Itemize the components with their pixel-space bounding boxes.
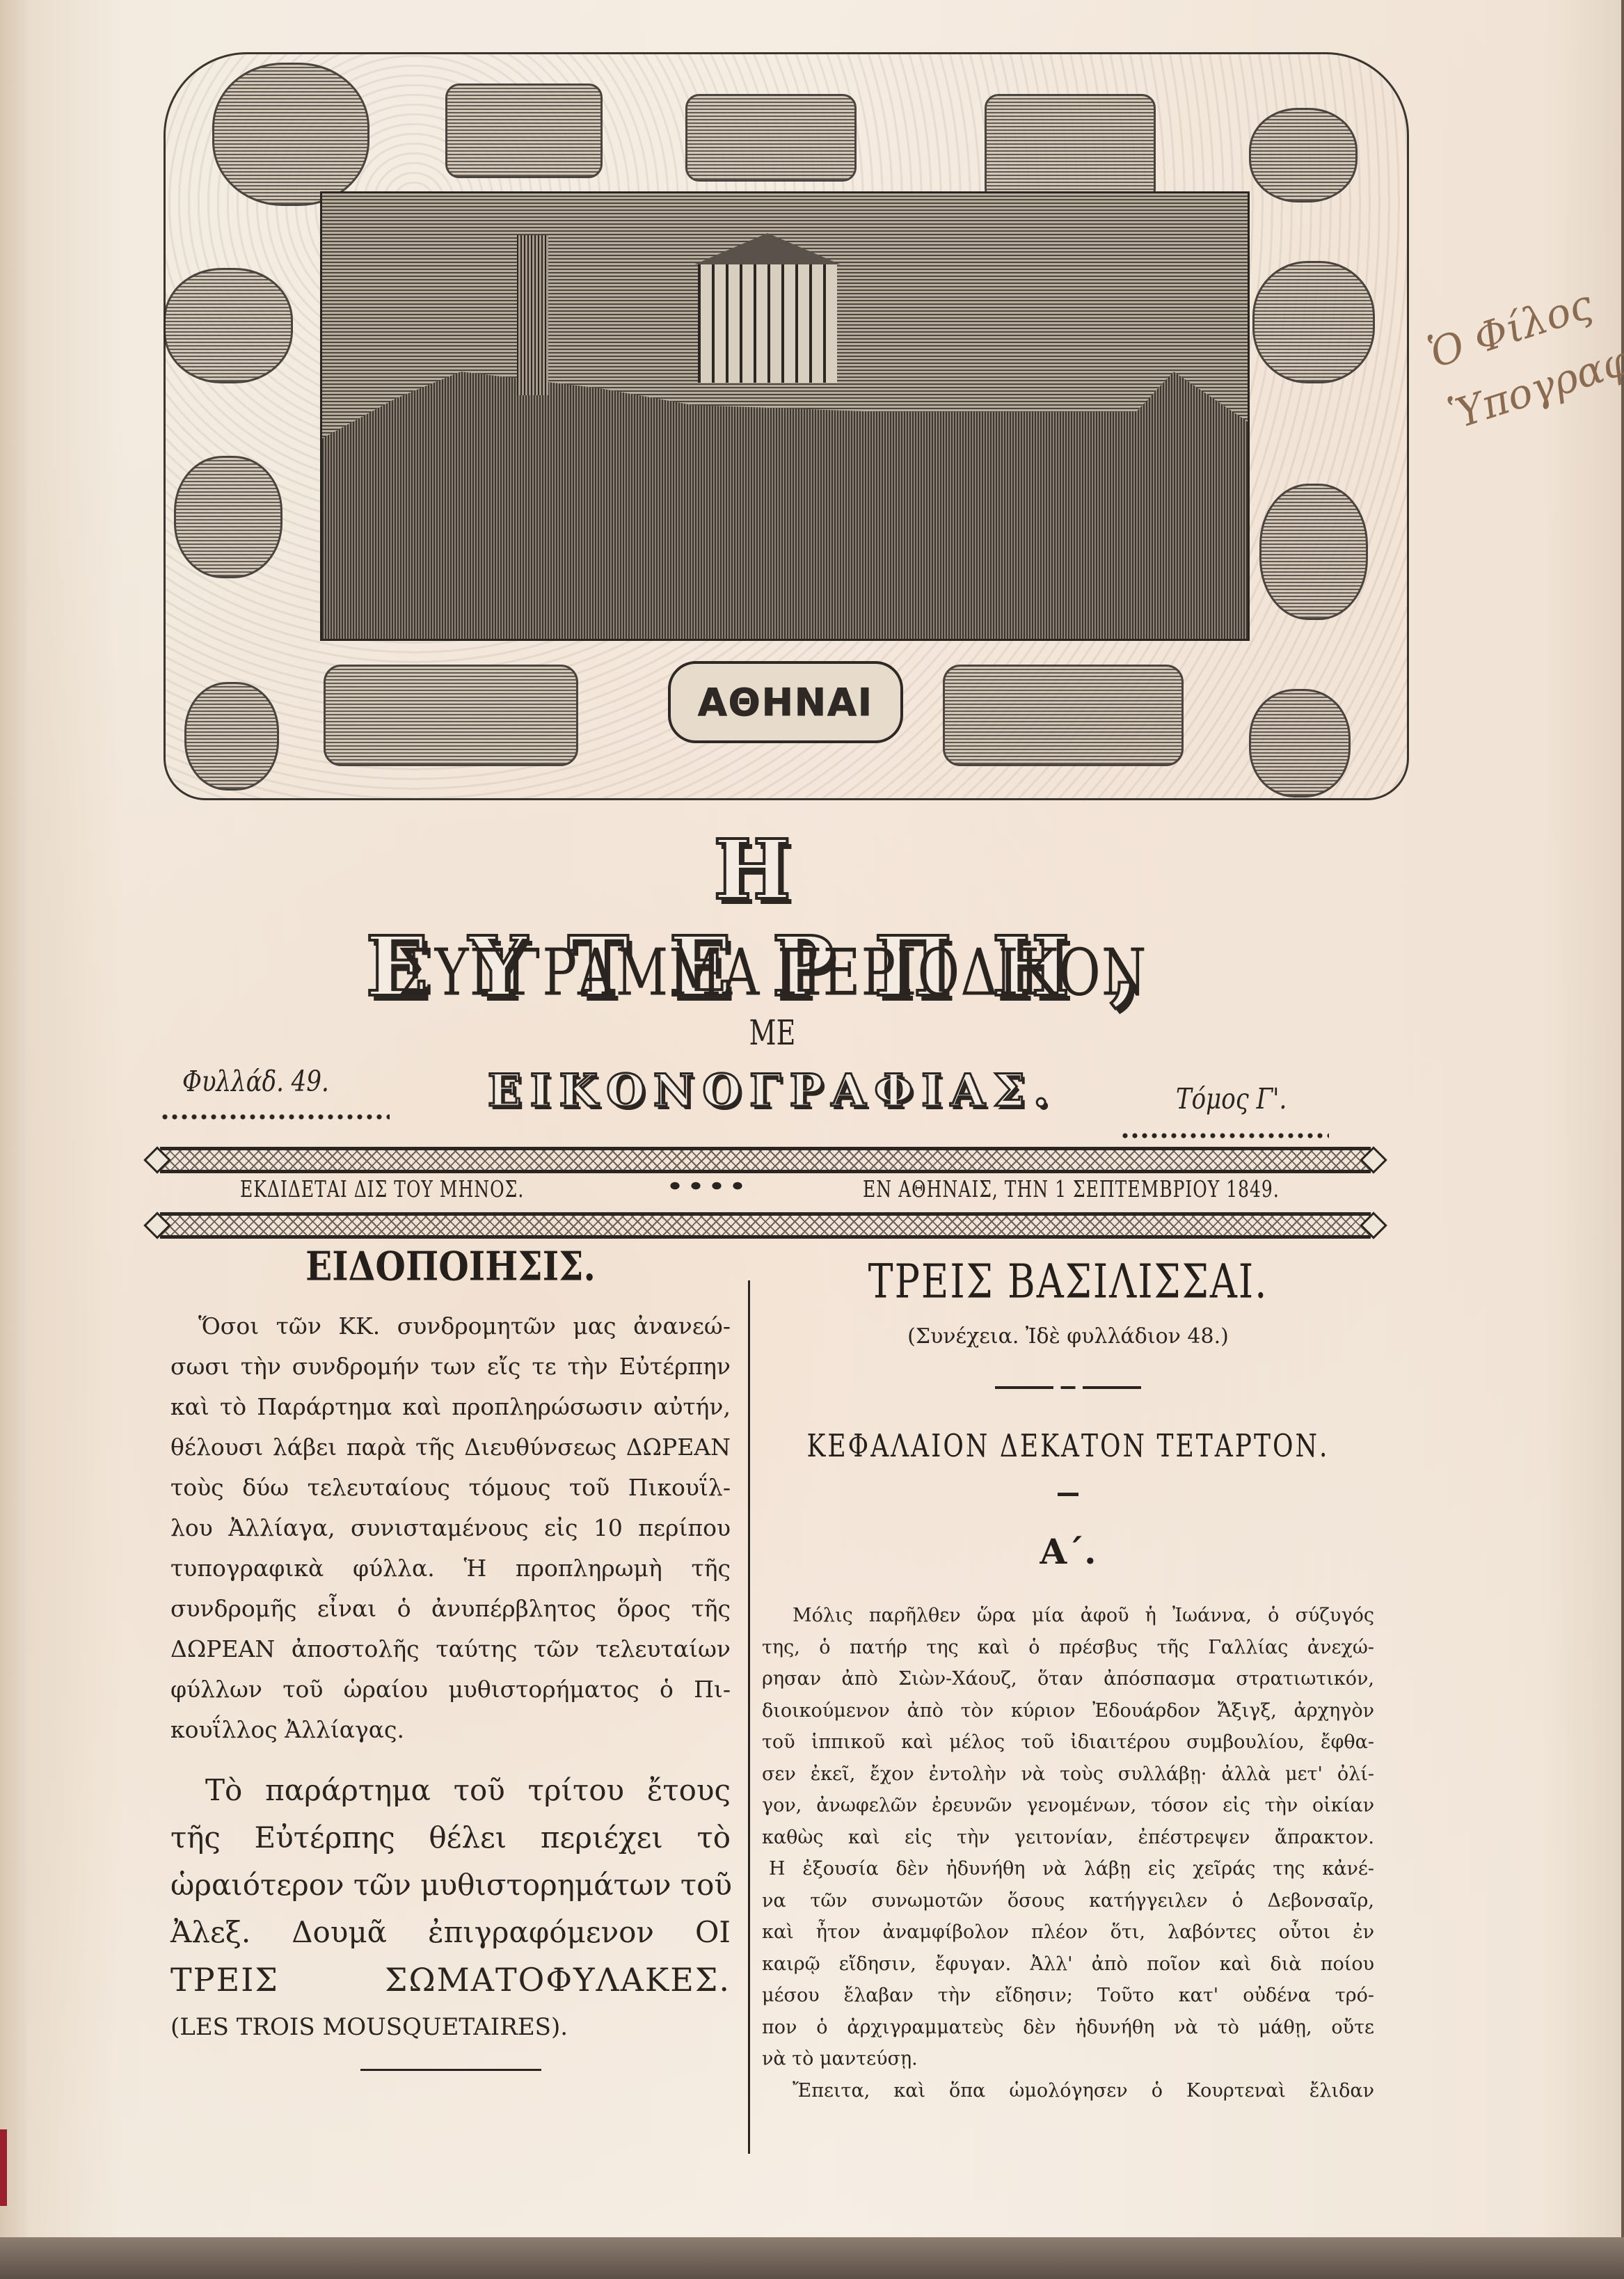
text-line: της, ὁ πατήρ της καὶ ὁ πρέσβυς τῆς Γαλλί… [762,1632,1374,1664]
table-surface-shadow [0,2237,1624,2279]
section-marker: Α΄. [762,1531,1374,1572]
text-line: πον ὁ ἀρχιγραμματεὺς δὲν ἠδυνήθη νὰ τὸ μ… [762,2012,1374,2044]
notice-paragraph-1: Ὅσοι τῶν ΚΚ. συνδρομητῶν μας ἀνανεώ- σωσ… [170,1306,731,1750]
text-line: καιρῷ εἴδησιν, ἔφυγαν. Ἀλλ' ἀπὸ ποῖον κα… [762,1948,1374,1980]
text-line: τυπογραφικὰ φύλλα. Ἡ προπληρωμὴ τῆς [170,1548,731,1589]
decorative-rule-bottom [160,1212,1371,1239]
text-line: νὰ τὸ μαντεύσῃ. [762,2043,1374,2075]
dateline-ornament [664,1177,748,1194]
text-line: να τῶν συνωμοτῶν ὅσους κατήγγειλεν ὁ Δεβ… [762,1885,1374,1917]
acropolis-scene [320,191,1406,637]
vignette-top-4 [985,94,1156,203]
chapter-title: ΚΕΦΑΛΑΙΟΝ ΔΕΚΑΤΟΝ ΤΕΤΑΡΤΟΝ. [762,1429,1374,1464]
text-line: γον, ἀνωφελῶν ἐρευνῶν γενομένων, τόσον ε… [762,1790,1374,1822]
story-text: Μόλις παρῆλθεν ὥρα μία ἀφοῦ ἡ Ἰωάννα, ὁ … [762,1600,1374,2106]
chapter-dash [1058,1493,1078,1496]
column-divider [748,1280,750,2154]
volume-number: Τόμος Γ'. [1176,1083,1287,1116]
dotted-ornament-right [1120,1132,1329,1139]
text-line: διοικούμενον ἀπὸ τὸν κύριον Ἐδουάρδον Ἄξ… [762,1695,1374,1727]
text-line: τῆς Εὐτέρπης θέλει περιέχει τὸ [170,1814,731,1861]
vignette-top-5 [1249,108,1358,203]
frequency-line: ΕΚΔΙΔΕΤΑΙ ΔΙΣ ΤΟΥ ΜΗΝΟΣ. [240,1176,524,1202]
text-line: Ἔπειτα, καὶ ὅπα ὡμολόγησεν ὁ Κουρτεναὶ ἔ… [762,2075,1374,2107]
text-line: σεν ἐκεῖ, ἔχον ἐντολὴν νὰ τοὺς συλλάβῃ· … [762,1758,1374,1790]
text-line: φύλλων τοῦ ὡραίου μυθιστορήματος ὁ Πι- [170,1669,731,1710]
text-line: Ἀλεξ. Δουμᾶ ἐπιγραφόμενον ΟΙ [170,1909,731,1956]
vignette-top-3 [685,94,857,182]
vignette-bottom-4 [1249,689,1351,797]
text-line: ρησαν ἀπὸ Σιὼν-Χάουζ, ὅταν ἀπόσπασμα στρ… [762,1663,1374,1695]
text-line: σωσι τὴν συνδρομήν των εἴς τε τὴν Εὐτέρπ… [170,1347,731,1387]
notice-heading: ΕΙΔΟΠΟΙΗΣΙΣ. [170,1243,731,1290]
text-line: συνδρομῆς εἶναι ὁ ἀνυπέρβλητος ὅρος τῆς [170,1589,731,1629]
story-column: ΤΡΕΙΣ ΒΑΣΙΛΙΣΣΑΙ. (Συνέχεια. Ἰδὲ φυλλάδι… [762,1253,1374,2106]
text-line: Τὸ παράρτημα τοῦ τρίτου ἔτους [170,1767,731,1814]
decorative-rule-top [160,1147,1371,1173]
text-line: θέλουσι λάβει παρὰ τῆς Διευθύνσεως ΔΩΡΕΑ… [170,1427,731,1468]
issue-number: Φυλλάδ. 49. [182,1065,329,1099]
section-end-rule [360,2069,541,2071]
ornamental-divider [995,1386,1141,1389]
date-line: ΕΝ ΑΘΗΝΑΙΣ, ΤΗΝ 1 ΣΕΠΤΕΜΒΡΙΟΥ 1849. [863,1176,1280,1202]
parthenon-temple [698,263,837,383]
notice-paragraph-2: Τὸ παράρτημα τοῦ τρίτου ἔτους τῆς Εὐτέρπ… [170,1767,731,2051]
story-title: ΤΡΕΙΣ ΒΑΣΙΛΙΣΣΑΙ. [762,1254,1374,1309]
story-continuation-note: (Συνέχεια. Ἰδὲ φυλλάδιον 48.) [762,1324,1374,1349]
dotted-ornament-left [160,1113,390,1120]
vignette-bottom-2 [324,665,578,766]
text-line: καὶ τὸ Παράρτημα καὶ προπληρώσωσιν αὐτήν… [170,1387,731,1427]
text-line: (LES TROIS MOUSQUETAIRES). [170,2003,731,2051]
vignette-top-1 [212,63,369,206]
red-binding-tab [0,2129,7,2206]
athens-engraving: ΑΘΗΝΑΙ [164,52,1409,800]
text-line: Μόλις παρῆλθεν ὥρα μία ἀφοῦ ἡ Ἰωάννα, ὁ … [762,1600,1374,1632]
vignette-top-2 [445,84,603,178]
text-line: λου Ἀλλίαγα, συνισταμένους εἰς 10 περίπο… [170,1508,731,1548]
text-line: τοῦ ἱππικοῦ καὶ μέλος τοῦ ἰδιαιτέρου συμ… [762,1726,1374,1758]
text-line: ὡραιότερον τῶν μυθιστορημάτων τοῦ [170,1861,731,1909]
frankish-tower [517,235,548,395]
text-line: Ὅσοι τῶν ΚΚ. συνδρομητῶν μας ἀνανεώ- [170,1306,731,1347]
vignette-left-2 [174,456,282,578]
text-line: ΤΡΕΙΣ ΣΩΜΑΤΟΦΥΛΑΚΕΣ. [170,1956,731,2003]
athens-label: ΑΘΗΝΑΙ [698,681,873,724]
vignette-left-1 [164,268,293,383]
vignette-bottom-1 [184,682,279,791]
subtitle-connector: ΜΕ [327,1013,1218,1052]
text-line: ΔΩΡΕΑΝ ἀποστολῆς ταύτης τῶν τελευταίων [170,1629,731,1669]
text-line: Η ἐξουσία δὲν ἠδυνήθη νὰ λάβῃ εἰς χεῖράς… [762,1853,1374,1885]
text-line: κουΐλλος Ἀλλίαγας. [170,1710,731,1750]
vignette-bottom-3 [943,665,1184,766]
text-line: καὶ ἦτον ἀναμφίβολον πλέον ὅτι, λαβόντες… [762,1916,1374,1948]
acropolis-illustration [320,191,1250,641]
publication-subtitle-2: ΕΙΚΟΝΟΓΡΑΦΙΑΣ. [348,1065,1197,1117]
text-line: τοὺς δύω τελευταίους τόμους τοῦ Πικουΐλ- [170,1468,731,1508]
text-line: μέσου ἔλαβαν τὴν εἴδησιν; Τοῦτο κατ' οὐδ… [762,1980,1374,2012]
notice-column: ΕΙΔΟΠΟΙΗΣΙΣ. Ὅσοι τῶν ΚΚ. συνδρομητῶν μα… [170,1246,731,2071]
publication-subtitle: ΣΥΓΓΡΑΜΜΑ ΠΕΡΙΟΔΙΚΟΝ [327,935,1218,1010]
text-line: καθὼς καὶ εἰς τὴν γειτονίαν, ἐπέστρεψεν … [762,1822,1374,1854]
athens-label-plaque: ΑΘΗΝΑΙ [668,661,903,743]
